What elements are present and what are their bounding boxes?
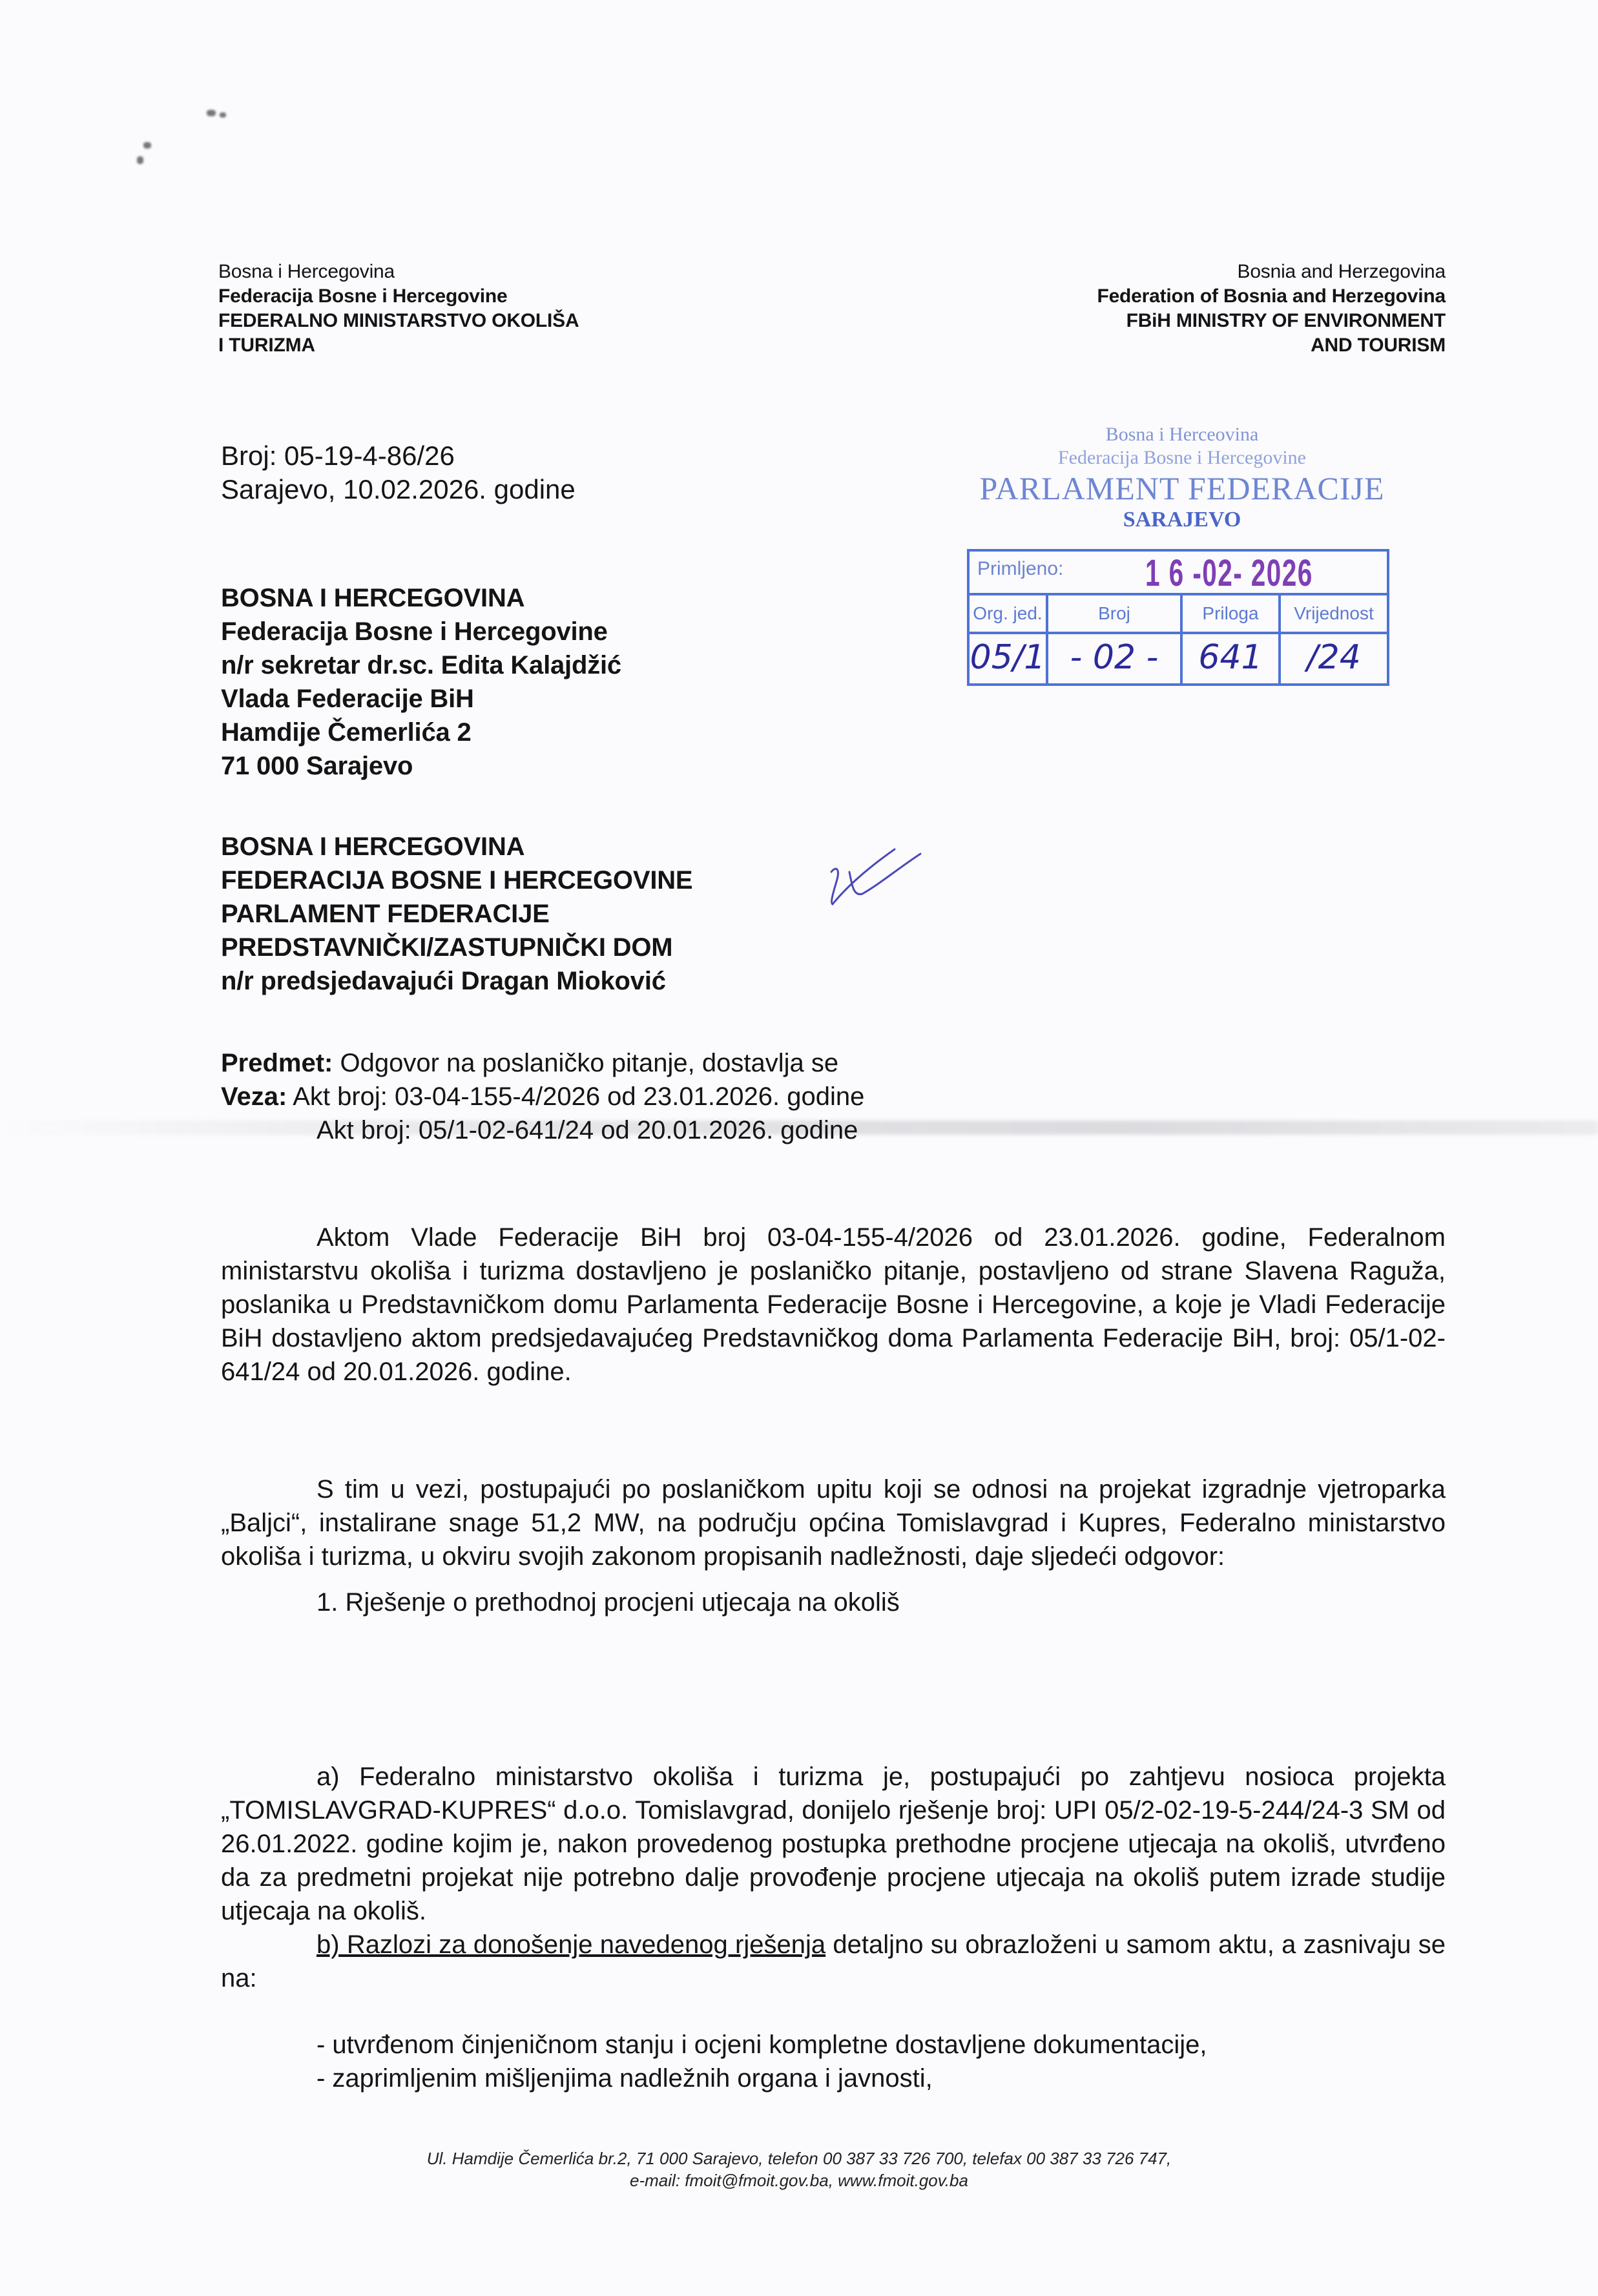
- recipient-line: n/r predsjedavajući Dragan Mioković: [221, 964, 692, 998]
- scan-marks: [129, 103, 258, 174]
- stamp-table: Primljeno: 1 6 -02- 2026 Org. jed. Broj …: [967, 549, 1389, 686]
- letterhead-federation: Federacija Bosne i Hercegovine: [218, 284, 579, 309]
- recipient-line: PARLAMENT FEDERACIJE: [221, 897, 692, 931]
- stamp-federation: Federacija Bosne i Hercegovine: [956, 446, 1408, 470]
- letterhead-right: Bosnia and Herzegovina Federation of Bos…: [1097, 260, 1446, 358]
- section-heading-1: 1. Rješenje o prethodnoj procjeni utjeca…: [221, 1586, 1541, 1619]
- reasons-list: - utvrđenom činjeničnom stanju i ocjeni …: [316, 2028, 1207, 2095]
- stamp-value-value: /24: [1281, 632, 1387, 683]
- subject-label: Predmet:: [221, 1049, 333, 1077]
- stamp-col-org: Org. jed.: [970, 595, 1048, 632]
- body-paragraph-intro: Aktom Vlade Federacije BiH broj 03-04-15…: [221, 1221, 1446, 1389]
- letterhead-country-en: Bosnia and Herzegovina: [1097, 260, 1446, 284]
- recipient-line: n/r sekretar dr.sc. Edita Kalajdžić: [221, 648, 621, 682]
- stamp-col-attachments: Priloga: [1183, 595, 1281, 632]
- list-item: - zaprimljenim mišljenjima nadležnih org…: [316, 2062, 1207, 2095]
- stamp-city: SARAJEVO: [956, 507, 1408, 533]
- stamp-value-row: 05/1 - 02 - 641 /24: [970, 632, 1387, 683]
- subject-block: Predmet: Odgovor na poslaničko pitanje, …: [221, 1046, 864, 1147]
- recipient-parliament: BOSNA I HERCEGOVINA FEDERACIJA BOSNE I H…: [221, 830, 692, 998]
- recipient-line: FEDERACIJA BOSNE I HERCEGOVINE: [221, 864, 692, 897]
- list-item: - utvrđenom činjeničnom stanju i ocjeni …: [316, 2028, 1207, 2062]
- letterhead-federation-en: Federation of Bosnia and Herzegovina: [1097, 284, 1446, 309]
- recipient-government: BOSNA I HERCEGOVINA Federacija Bosne i H…: [221, 581, 621, 783]
- stamp-org-value: 05/1: [970, 632, 1048, 683]
- recipient-line: Vlada Federacije BiH: [221, 682, 621, 716]
- stamp-header-row: Org. jed. Broj Priloga Vrijednost: [970, 593, 1387, 634]
- recipient-line: PREDSTAVNIČKI/ZASTUPNIČKI DOM: [221, 931, 692, 964]
- letterhead-country: Bosna i Hercegovina: [218, 260, 579, 284]
- body-paragraph-b: b) Razlozi za donošenje navedenog rješen…: [221, 1928, 1446, 1995]
- letterhead-ministry-cont: I TURIZMA: [218, 333, 579, 358]
- body-paragraph-a: a) Federalno ministarstvo okoliša i turi…: [221, 1760, 1446, 1928]
- letterhead-ministry-en-cont: AND TOURISM: [1097, 333, 1446, 358]
- letterhead-ministry-en: FBiH MINISTRY OF ENVIRONMENT: [1097, 309, 1446, 333]
- stamp-received-label: Primljeno:: [977, 558, 1063, 580]
- subject-text: Odgovor na poslaničko pitanje, dostavlja…: [333, 1049, 838, 1077]
- paragraph-b-underlined: b) Razlozi za donošenje navedenog rješen…: [316, 1930, 825, 1959]
- stamp-number-value: - 02 -: [1048, 632, 1183, 683]
- stamp-parliament: PARLAMENT FEDERACIJE: [956, 470, 1408, 507]
- recipient-line: BOSNA I HERCEGOVINA: [221, 830, 692, 864]
- stamp-col-value: Vrijednost: [1281, 595, 1387, 632]
- recipient-line: Federacija Bosne i Hercegovine: [221, 615, 621, 648]
- footer-address: Ul. Hamdije Čemerlića br.2, 71 000 Saraj…: [0, 2147, 1598, 2169]
- document-meta: Broj: 05-19-4-86/26 Sarajevo, 10.02.2026…: [221, 439, 576, 506]
- body-paragraph-response: S tim u vezi, postupajući po poslaničkom…: [221, 1473, 1446, 1573]
- receipt-stamp: Bosna i Herceovina Federacija Bosne i He…: [956, 423, 1408, 533]
- document-number: Broj: 05-19-4-86/26: [221, 439, 576, 473]
- stamp-col-number: Broj: [1048, 595, 1183, 632]
- handwritten-initials: [824, 846, 927, 917]
- reference-text-1: Akt broj: 03-04-155-4/2026 od 23.01.2026…: [287, 1082, 864, 1111]
- reference-line: Veza: Akt broj: 03-04-155-4/2026 od 23.0…: [221, 1080, 864, 1113]
- recipient-line: Hamdije Čemerlića 2: [221, 716, 621, 749]
- recipient-line: BOSNA I HERCEGOVINA: [221, 581, 621, 615]
- letterhead-left: Bosna i Hercegovina Federacija Bosne i H…: [218, 260, 579, 358]
- stamp-country: Bosna i Herceovina: [956, 423, 1408, 446]
- reference-label: Veza:: [221, 1082, 287, 1111]
- document-place-date: Sarajevo, 10.02.2026. godine: [221, 473, 576, 506]
- subject-line: Predmet: Odgovor na poslaničko pitanje, …: [221, 1046, 864, 1080]
- recipient-line: 71 000 Sarajevo: [221, 749, 621, 783]
- stamp-received-date: 1 6 -02- 2026: [1145, 552, 1313, 595]
- footer-contact: e-mail: fmoit@fmoit.gov.ba, www.fmoit.go…: [0, 2169, 1598, 2191]
- reference-text-2: Akt broj: 05/1-02-641/24 od 20.01.2026. …: [221, 1113, 864, 1147]
- page-footer: Ul. Hamdije Čemerlića br.2, 71 000 Saraj…: [0, 2147, 1598, 2191]
- letterhead-ministry: FEDERALNO MINISTARSTVO OKOLIŠA: [218, 309, 579, 333]
- stamp-attachments-value: 641: [1183, 632, 1281, 683]
